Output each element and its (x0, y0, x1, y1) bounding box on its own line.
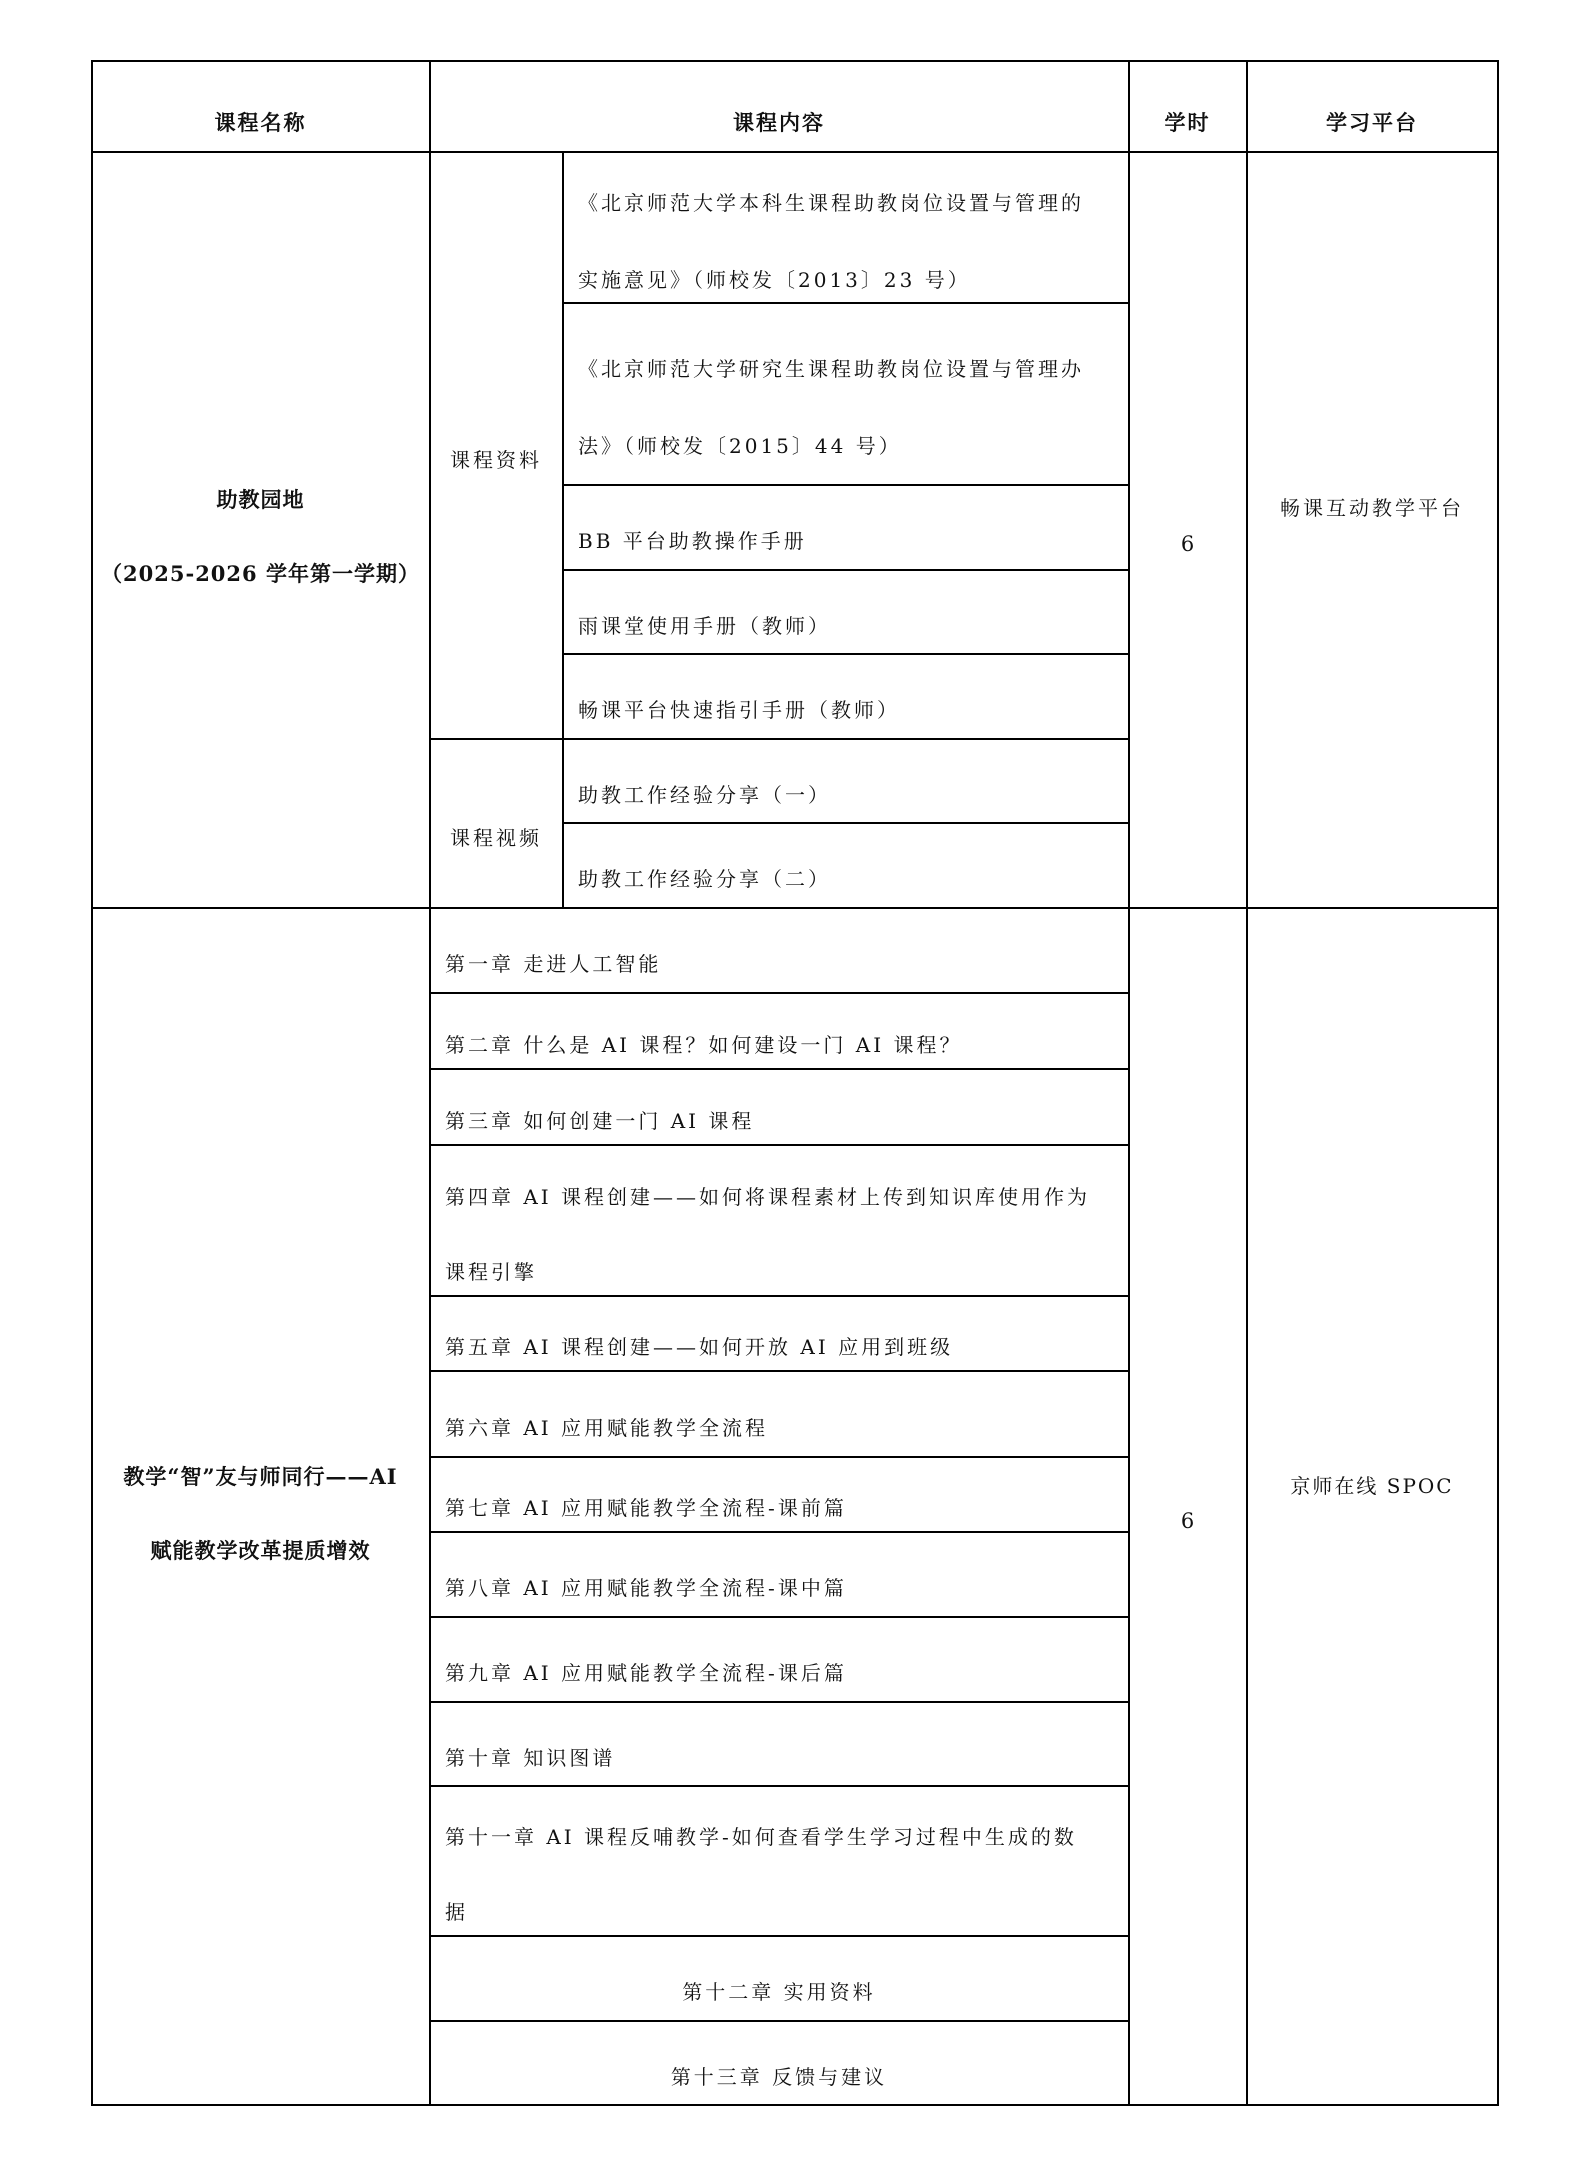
content-line: 助教工作经验分享（一） (578, 757, 1118, 834)
content-row: 助教工作经验分享（二） (563, 823, 1128, 908)
header-course-name: 课程名称 (92, 61, 429, 152)
header-label: 课程名称 (215, 107, 307, 137)
hours-value: 6 (1181, 1509, 1194, 1533)
hours-cell: 6 (1129, 908, 1246, 2105)
content-row: 《北京师范大学研究生课程助教岗位设置与管理办 法》（师校发〔2015〕44 号） (563, 303, 1128, 485)
chapter-line: 第八章 AI 应用赋能教学全流程-课中篇 (445, 1550, 1118, 1627)
course-name-cell: 教学“智”友与师同行——AI 赋能教学改革提质增效 (92, 908, 429, 2105)
content-line: 法》（师校发〔2015〕44 号） (578, 408, 1118, 485)
content-line: 《北京师范大学本科生课程助教岗位设置与管理的 (578, 165, 1118, 242)
platform-cell: 京师在线 SPOC (1247, 908, 1497, 2105)
chapter-row: 第一章 走进人工智能 (430, 908, 1128, 993)
chapter-row: 第十章 知识图谱 (430, 1702, 1128, 1786)
hours-cell: 6 (1129, 152, 1246, 908)
chapter-row: 第六章 AI 应用赋能教学全流程 (430, 1371, 1128, 1457)
chapter-row: 第三章 如何创建一门 AI 课程 (430, 1069, 1128, 1145)
chapter-line: 第十一章 AI 课程反哺教学-如何查看学生学习过程中生成的数 (445, 1800, 1118, 1875)
content-line: BB 平台助教操作手册 (578, 503, 1118, 580)
chapter-row: 第八章 AI 应用赋能教学全流程-课中篇 (430, 1532, 1128, 1617)
header-label: 学时 (1165, 107, 1211, 137)
course-name-line: （2025-2026 学年第一学期） (101, 537, 420, 611)
platform-name: 京师在线 SPOC (1290, 1470, 1453, 1499)
content-row: 《北京师范大学本科生课程助教岗位设置与管理的 实施意见》（师校发〔2013〕23… (563, 152, 1128, 303)
chapter-row: 第十三章 反馈与建议 (430, 2021, 1128, 2105)
course-name-line: 教学“智”友与师同行——AI (123, 1440, 397, 1514)
group-label-materials: 课程资料 (430, 152, 562, 739)
platform-name: 畅课互动教学平台 (1280, 492, 1464, 521)
group-label: 课程资料 (450, 445, 542, 475)
content-row: BB 平台助教操作手册 (563, 485, 1128, 570)
chapter-row: 第二章 什么是 AI 课程？如何建设一门 AI 课程？ (430, 993, 1128, 1069)
header-hours: 学时 (1129, 61, 1246, 152)
chapter-row: 第十二章 实用资料 (430, 1936, 1128, 2021)
content-line: 畅课平台快速指引手册（教师） (578, 672, 1118, 749)
chapter-row: 第七章 AI 应用赋能教学全流程-课前篇 (430, 1457, 1128, 1532)
chapter-line: 第四章 AI 课程创建——如何将课程素材上传到知识库使用作为 (445, 1160, 1118, 1235)
content-row: 雨课堂使用手册（教师） (563, 570, 1128, 654)
hours-value: 6 (1181, 532, 1194, 556)
course-name-line: 赋能教学改革提质增效 (151, 1514, 371, 1588)
chapter-row: 第四章 AI 课程创建——如何将课程素材上传到知识库使用作为 课程引擎 (430, 1145, 1128, 1296)
table-border-right (1497, 60, 1499, 2106)
chapter-line: 第十三章 反馈与建议 (671, 2039, 887, 2116)
header-label: 学习平台 (1326, 107, 1418, 137)
content-line: 助教工作经验分享（二） (578, 841, 1118, 918)
group-label: 课程视频 (450, 823, 542, 853)
content-line: 雨课堂使用手册（教师） (578, 588, 1118, 665)
header-platform: 学习平台 (1247, 61, 1497, 152)
header-course-content: 课程内容 (430, 61, 1128, 152)
chapter-line: 第九章 AI 应用赋能教学全流程-课后篇 (445, 1635, 1118, 1712)
content-row: 助教工作经验分享（一） (563, 739, 1128, 823)
chapter-line: 第六章 AI 应用赋能教学全流程 (445, 1390, 1118, 1467)
content-row: 畅课平台快速指引手册（教师） (563, 654, 1128, 739)
chapter-line: 第一章 走进人工智能 (445, 926, 1118, 1003)
platform-cell: 畅课互动教学平台 (1247, 152, 1497, 908)
chapter-line: 第十二章 实用资料 (682, 1954, 875, 2031)
chapter-row: 第九章 AI 应用赋能教学全流程-课后篇 (430, 1617, 1128, 1702)
content-line: 《北京师范大学研究生课程助教岗位设置与管理办 (578, 331, 1118, 408)
chapter-line: 第十章 知识图谱 (445, 1720, 1118, 1797)
course-name-cell: 助教园地 （2025-2026 学年第一学期） (92, 152, 429, 908)
chapter-row: 第五章 AI 课程创建——如何开放 AI 应用到班级 (430, 1296, 1128, 1371)
course-name-line: 助教园地 (217, 463, 305, 537)
group-label-videos: 课程视频 (430, 739, 562, 908)
header-label: 课程内容 (733, 107, 825, 137)
chapter-row: 第十一章 AI 课程反哺教学-如何查看学生学习过程中生成的数 据 (430, 1786, 1128, 1936)
